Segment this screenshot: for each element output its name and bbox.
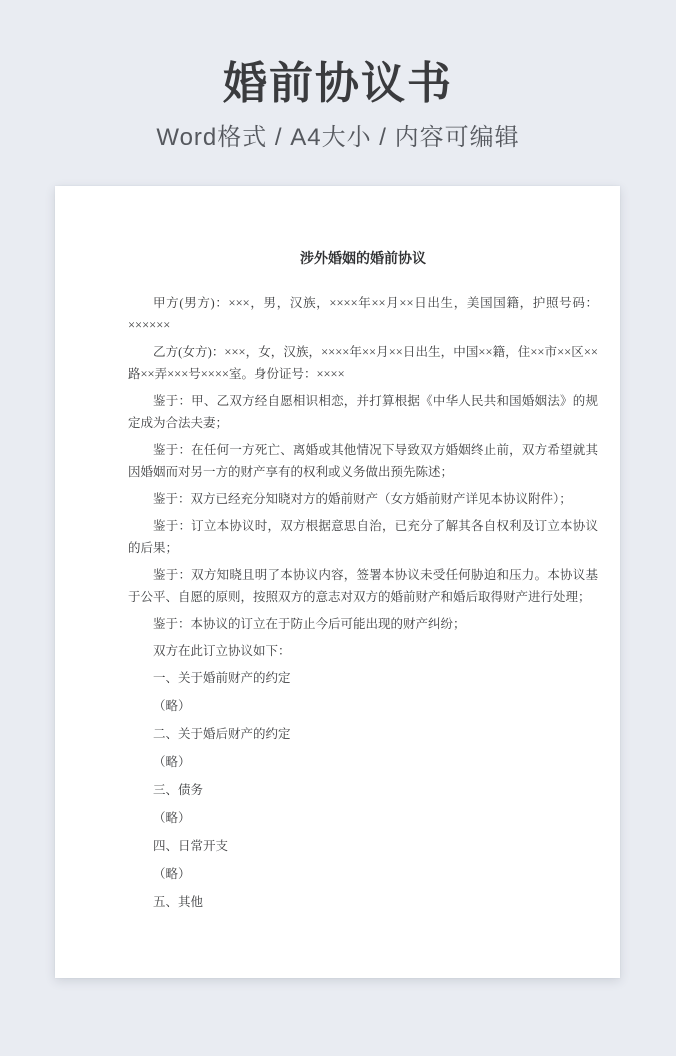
header: 婚前协议书 Word格式 / A4大小 / 内容可编辑 — [0, 0, 676, 152]
document-paragraph: 乙方(女方)：×××，女，汉族，××××年××月××日出生，中国××籍，住××市… — [128, 341, 598, 385]
document-preview-paper: 涉外婚姻的婚前协议 甲方(男方)：×××，男，汉族，××××年××月××日出生，… — [55, 186, 620, 978]
template-preview-page: { "page": { "background_color": "#e9ecf2… — [0, 0, 676, 1056]
document-paragraph: 双方在此订立协议如下： — [128, 640, 598, 662]
document-paragraph: 三、债务 — [128, 779, 598, 801]
page-subtitle: Word格式 / A4大小 / 内容可编辑 — [0, 124, 676, 152]
document-paragraph: 二、关于婚后财产的约定 — [128, 723, 598, 745]
document-paragraph: 鉴于：在任何一方死亡、离婚或其他情况下导致双方婚姻终止前，双方希望就其因婚姻而对… — [128, 439, 598, 483]
document-paragraph: （略） — [128, 863, 598, 885]
document-paragraph: 五、其他 — [128, 891, 598, 913]
document-title: 涉外婚姻的婚前协议 — [128, 250, 598, 270]
document-paragraph: （略） — [128, 807, 598, 829]
document-paragraph: 鉴于：本协议的订立在于防止今后可能出现的财产纠纷； — [128, 613, 598, 635]
document-paragraph: （略） — [128, 751, 598, 773]
document-paragraph: 一、关于婚前财产的约定 — [128, 667, 598, 689]
document-paragraph: 鉴于：双方已经充分知晓对方的婚前财产（女方婚前财产详见本协议附件）； — [128, 488, 598, 510]
document-paragraph: 鉴于：订立本协议时，双方根据意思自治，已充分了解其各自权利及订立本协议的后果； — [128, 515, 598, 559]
document-paragraph: 四、日常开支 — [128, 835, 598, 857]
document-paragraph: 鉴于：双方知晓且明了本协议内容，签署本协议未受任何胁迫和压力。本协议基于公平、自… — [128, 564, 598, 608]
page-title: 婚前协议书 — [0, 58, 676, 110]
document-body: 甲方(男方)：×××，男，汉族，××××年××月××日出生，美国国籍，护照号码：… — [128, 292, 598, 913]
document-paragraph: 鉴于：甲、乙双方经自愿相识相恋，并打算根据《中华人民共和国婚姻法》的规定成为合法… — [128, 390, 598, 434]
document-paragraph: （略） — [128, 695, 598, 717]
document-paragraph: 甲方(男方)：×××，男，汉族，××××年××月××日出生，美国国籍，护照号码：… — [128, 292, 598, 336]
